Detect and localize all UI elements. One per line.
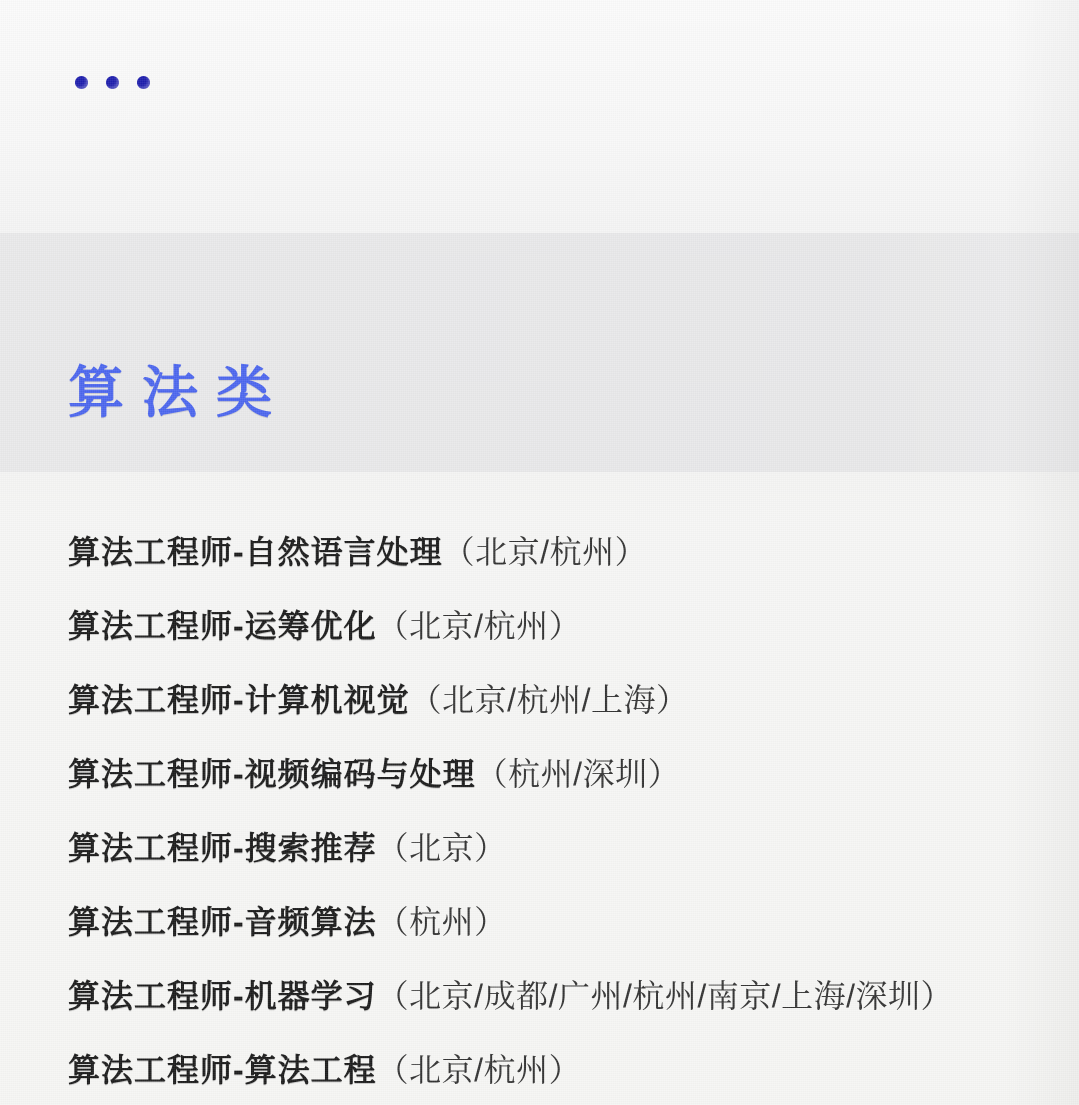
job-locations: （北京/杭州/上海） bbox=[410, 682, 689, 718]
dot-icon bbox=[137, 76, 150, 89]
job-title: 算法工程师-计算机视觉 bbox=[68, 682, 410, 718]
job-locations: （北京/杭州） bbox=[443, 534, 647, 570]
dot-icon bbox=[75, 76, 88, 89]
job-locations: （杭州） bbox=[377, 904, 507, 940]
job-title: 算法工程师-机器学习 bbox=[68, 978, 377, 1014]
job-title: 算法工程师-音频算法 bbox=[68, 904, 377, 940]
job-title: 算法工程师-运筹优化 bbox=[68, 608, 377, 644]
job-list: 算法工程师-自然语言处理 （北京/杭州） 算法工程师-运筹优化 （北京/杭州） … bbox=[0, 472, 1079, 1105]
job-list-item: 算法工程师-算法工程 （北京/杭州） bbox=[68, 1052, 1079, 1088]
job-locations: （杭州/深圳） bbox=[476, 756, 680, 792]
job-list-item: 算法工程师-机器学习 （北京/成都/广州/杭州/南京/上海/深圳） bbox=[68, 978, 1079, 1014]
job-title: 算法工程师-视频编码与处理 bbox=[68, 756, 476, 792]
job-locations: （北京/成都/广州/杭州/南京/上海/深圳） bbox=[377, 978, 953, 1014]
job-list-item: 算法工程师-视频编码与处理 （杭州/深圳） bbox=[68, 756, 1079, 792]
job-list-item: 算法工程师-计算机视觉 （北京/杭州/上海） bbox=[68, 682, 1079, 718]
category-band: 算法类 bbox=[0, 233, 1079, 472]
dot-icon bbox=[106, 76, 119, 89]
job-list-item: 算法工程师-自然语言处理 （北京/杭州） bbox=[68, 534, 1079, 570]
job-title: 算法工程师-自然语言处理 bbox=[68, 534, 443, 570]
category-title: 算法类 bbox=[68, 361, 290, 425]
job-list-item: 算法工程师-运筹优化 （北京/杭州） bbox=[68, 608, 1079, 644]
job-title: 算法工程师-算法工程 bbox=[68, 1052, 377, 1088]
job-locations: （北京/杭州） bbox=[377, 1052, 581, 1088]
job-list-item: 算法工程师-音频算法 （杭州） bbox=[68, 904, 1079, 940]
poster-page: 算法类 算法工程师-自然语言处理 （北京/杭州） 算法工程师-运筹优化 （北京/… bbox=[0, 0, 1079, 1105]
job-title: 算法工程师-搜索推荐 bbox=[68, 830, 377, 866]
job-list-item: 算法工程师-搜索推荐 （北京） bbox=[68, 830, 1079, 866]
decor-dots bbox=[75, 76, 150, 89]
top-section bbox=[0, 0, 1079, 233]
job-locations: （北京/杭州） bbox=[377, 608, 581, 644]
job-locations: （北京） bbox=[377, 830, 507, 866]
